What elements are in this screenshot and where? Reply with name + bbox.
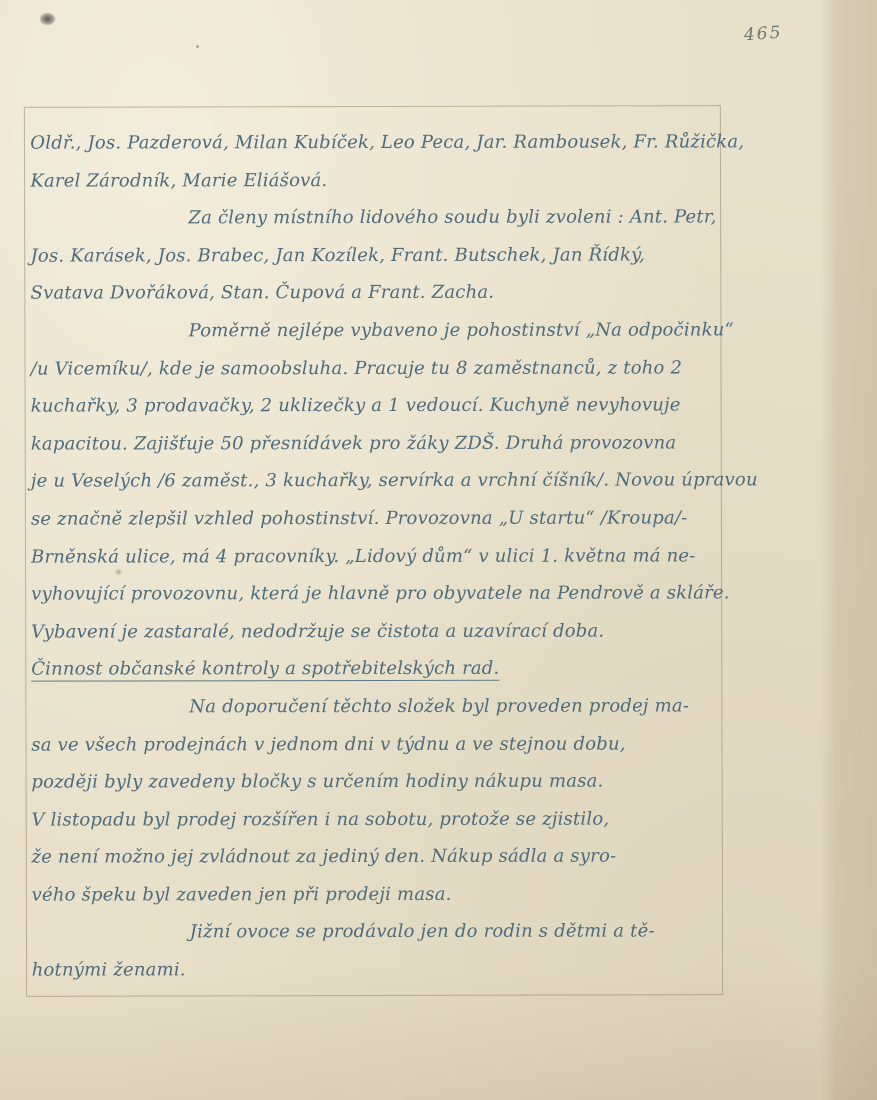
manuscript-page: 465 Oldř., Jos. Pazderová, Milan Kubíček… — [0, 0, 877, 1100]
manuscript-line: Poměrně nejlépe vybaveno je pohostinství… — [31, 311, 731, 350]
manuscript-line: že není možno jej zvládnout za jediný de… — [31, 838, 731, 877]
manuscript-line: hotnými ženami. — [32, 950, 732, 989]
section-heading: Činnost občanské kontroly a spotřebitels… — [31, 650, 731, 689]
manuscript-text: Oldř., Jos. Pazderová, Milan Kubíček, Le… — [30, 123, 732, 989]
ink-smudge — [40, 13, 55, 25]
manuscript-line: /u Vicemíku/, kde je samoobsluha. Pracuj… — [31, 349, 731, 388]
manuscript-line: Jižní ovoce se prodávalo jen do rodin s … — [32, 913, 732, 952]
manuscript-line: Vybavení je zastaralé, nedodržuje se čis… — [31, 612, 731, 651]
manuscript-line: je u Veselých /6 zaměst., 3 kuchařky, se… — [31, 462, 731, 501]
manuscript-line: Oldř., Jos. Pazderová, Milan Kubíček, Le… — [30, 123, 730, 162]
manuscript-line: Na doporučení těchto složek byl proveden… — [31, 687, 731, 726]
manuscript-line: Za členy místního lidového soudu byli zv… — [30, 199, 730, 238]
manuscript-line: vyhovující provozovnu, která je hlavně p… — [31, 575, 731, 614]
manuscript-line: Jos. Karásek, Jos. Brabec, Jan Kozílek, … — [30, 236, 730, 275]
manuscript-line: Svatava Dvořáková, Stan. Čupová a Frant.… — [31, 274, 731, 313]
manuscript-line: V listopadu byl prodej rozšířen i na sob… — [31, 800, 731, 839]
paper-speck — [196, 45, 199, 48]
manuscript-line: Karel Zárodník, Marie Eliášová. — [30, 161, 730, 200]
page-number: 465 — [743, 23, 783, 46]
manuscript-line: kuchařky, 3 prodavačky, 2 uklizečky a 1 … — [31, 387, 731, 426]
manuscript-line: vého špeku byl zaveden jen při prodeji m… — [32, 875, 732, 914]
manuscript-line: sa ve všech prodejnách v jednom dni v tý… — [31, 725, 731, 764]
manuscript-line: později byly zavedeny bločky s určením h… — [31, 762, 731, 801]
manuscript-line: kapacitou. Zajišťuje 50 přesnídávek pro … — [31, 424, 731, 463]
manuscript-line: se značně zlepšil vzhled pohostinství. P… — [31, 499, 731, 538]
manuscript-line: Brněnská ulice, má 4 pracovníky. „Lidový… — [31, 537, 731, 576]
